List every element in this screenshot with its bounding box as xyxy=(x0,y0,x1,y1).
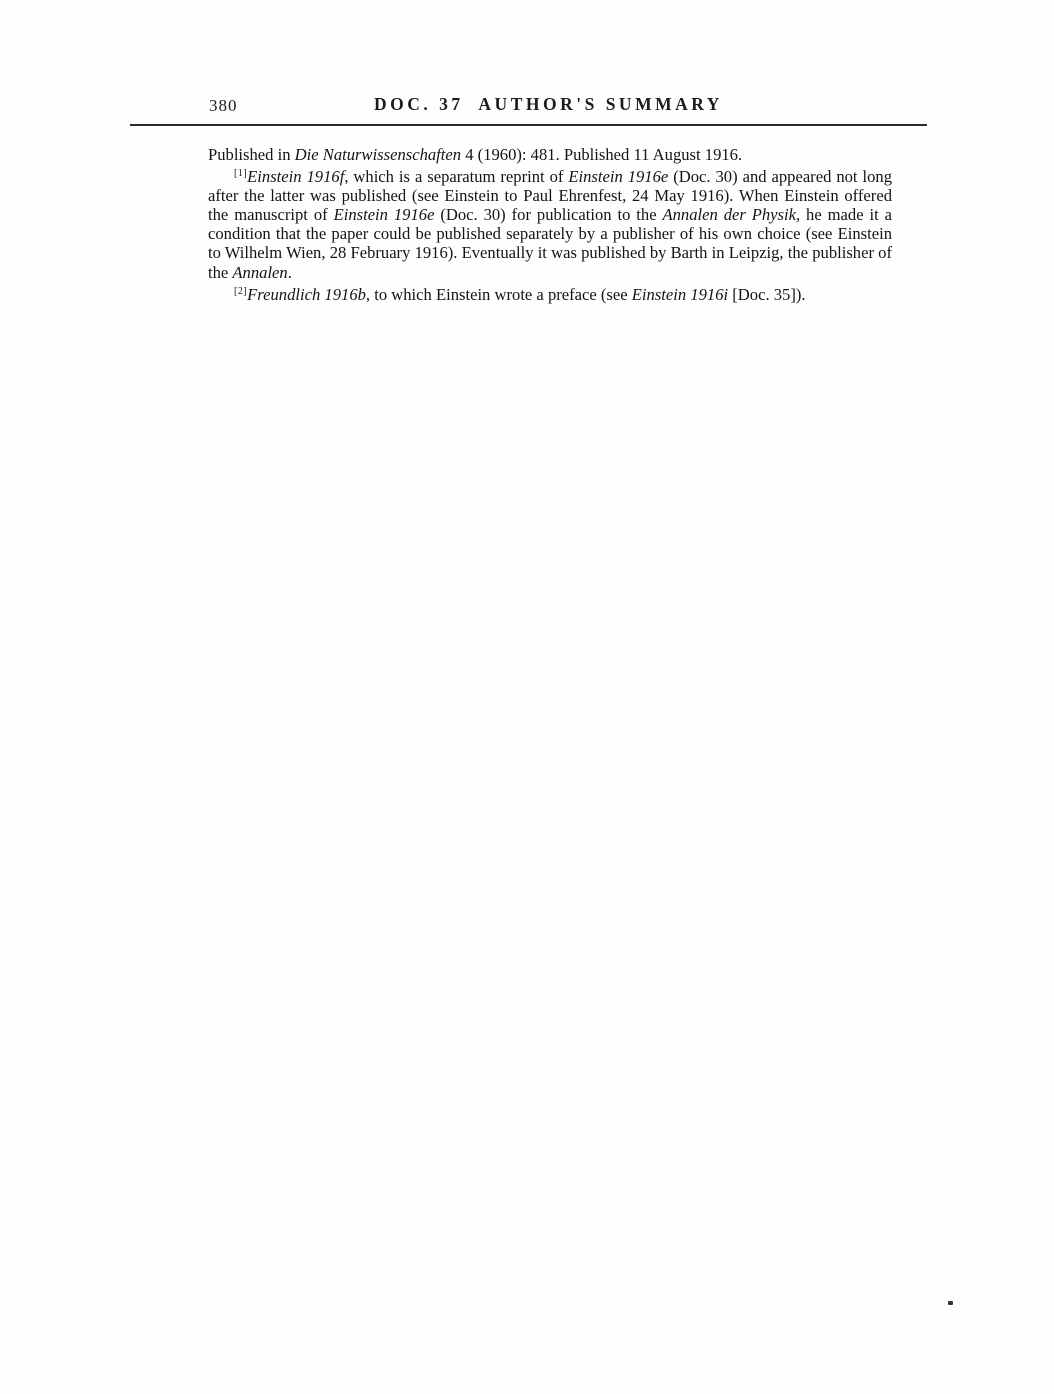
text-segment: Annalen xyxy=(232,263,287,282)
editorial-notes-text-block: Published in Die Naturwissenschaften 4 (… xyxy=(208,145,892,304)
text-segment: . xyxy=(288,263,292,282)
text-segment: Die Naturwissenschaften xyxy=(295,145,461,164)
text-segment: [2] xyxy=(234,286,247,297)
text-segment: 4 (1960): 481. Published 11 August 1916. xyxy=(461,145,742,164)
text-segment: Einstein 1916e xyxy=(568,167,668,186)
text-segment: , to which Einstein wrote a preface (see xyxy=(366,285,632,304)
text-segment: Einstein 1916e xyxy=(334,205,435,224)
text-segment: (Doc. 30) for publication to the xyxy=(434,205,662,224)
text-segment: [Doc. 35]). xyxy=(728,285,805,304)
text-segment: Einstein 1916i xyxy=(632,285,728,304)
paragraph: [1]Einstein 1916f, which is a separatum … xyxy=(208,164,892,282)
page-number: 380 xyxy=(209,96,238,116)
book-page: 380 DOC. 37 AUTHOR'S SUMMARY Published i… xyxy=(0,0,1054,1394)
text-segment: , which is a separatum reprint of xyxy=(344,167,568,186)
text-segment: Published in xyxy=(208,145,295,164)
running-head-title: DOC. 37 AUTHOR'S SUMMARY xyxy=(374,94,723,115)
text-segment: Freundlich 1916b xyxy=(247,285,366,304)
text-segment: Einstein 1916f xyxy=(247,167,344,186)
header-rule-divider xyxy=(130,124,927,126)
print-speck-artifact xyxy=(948,1301,953,1305)
paragraph: Published in Die Naturwissenschaften 4 (… xyxy=(208,145,892,164)
paragraph: [2]Freundlich 1916b, to which Einstein w… xyxy=(208,282,892,304)
text-segment: Annalen der Physik, xyxy=(662,205,800,224)
text-segment: [1] xyxy=(234,168,247,179)
